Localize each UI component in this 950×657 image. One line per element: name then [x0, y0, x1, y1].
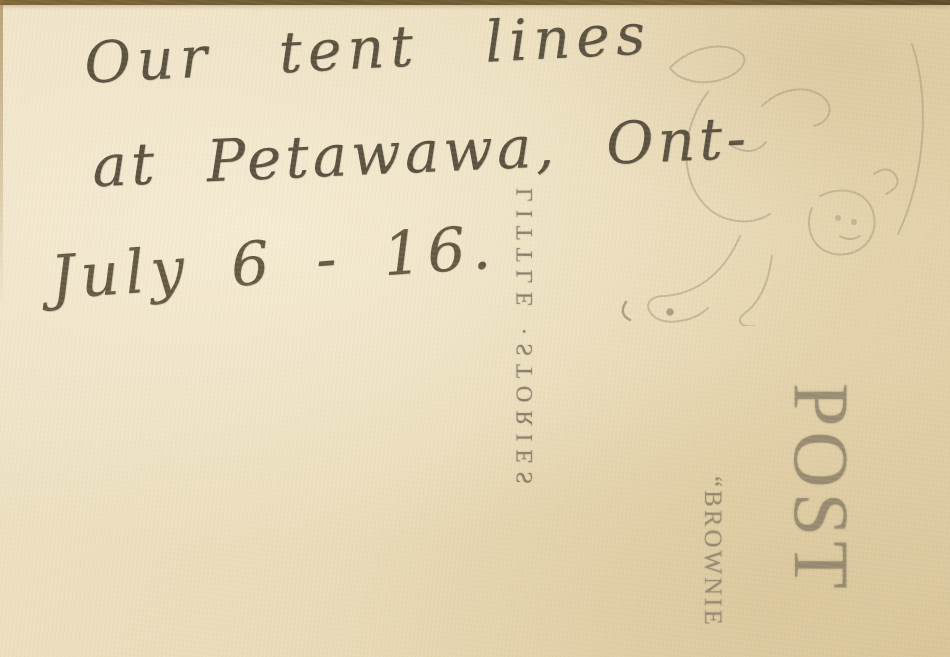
little-stories-imprint: LITTLE ·STORIES: [512, 188, 538, 492]
card-top-edge: [0, 0, 950, 5]
brownie-character-icon: [612, 26, 932, 326]
post-card-imprint: POST: [776, 383, 866, 594]
handwriting-line-3: July 6 - 16.: [48, 212, 499, 313]
postcard-back: LITTLE ·STORIES “BROWNIE POST Our tent l…: [0, 0, 950, 657]
handwriting-line-1: Our tent lines: [83, 1, 653, 97]
card-left-edge: [0, 0, 3, 310]
brownie-imprint: “BROWNIE: [698, 476, 726, 628]
